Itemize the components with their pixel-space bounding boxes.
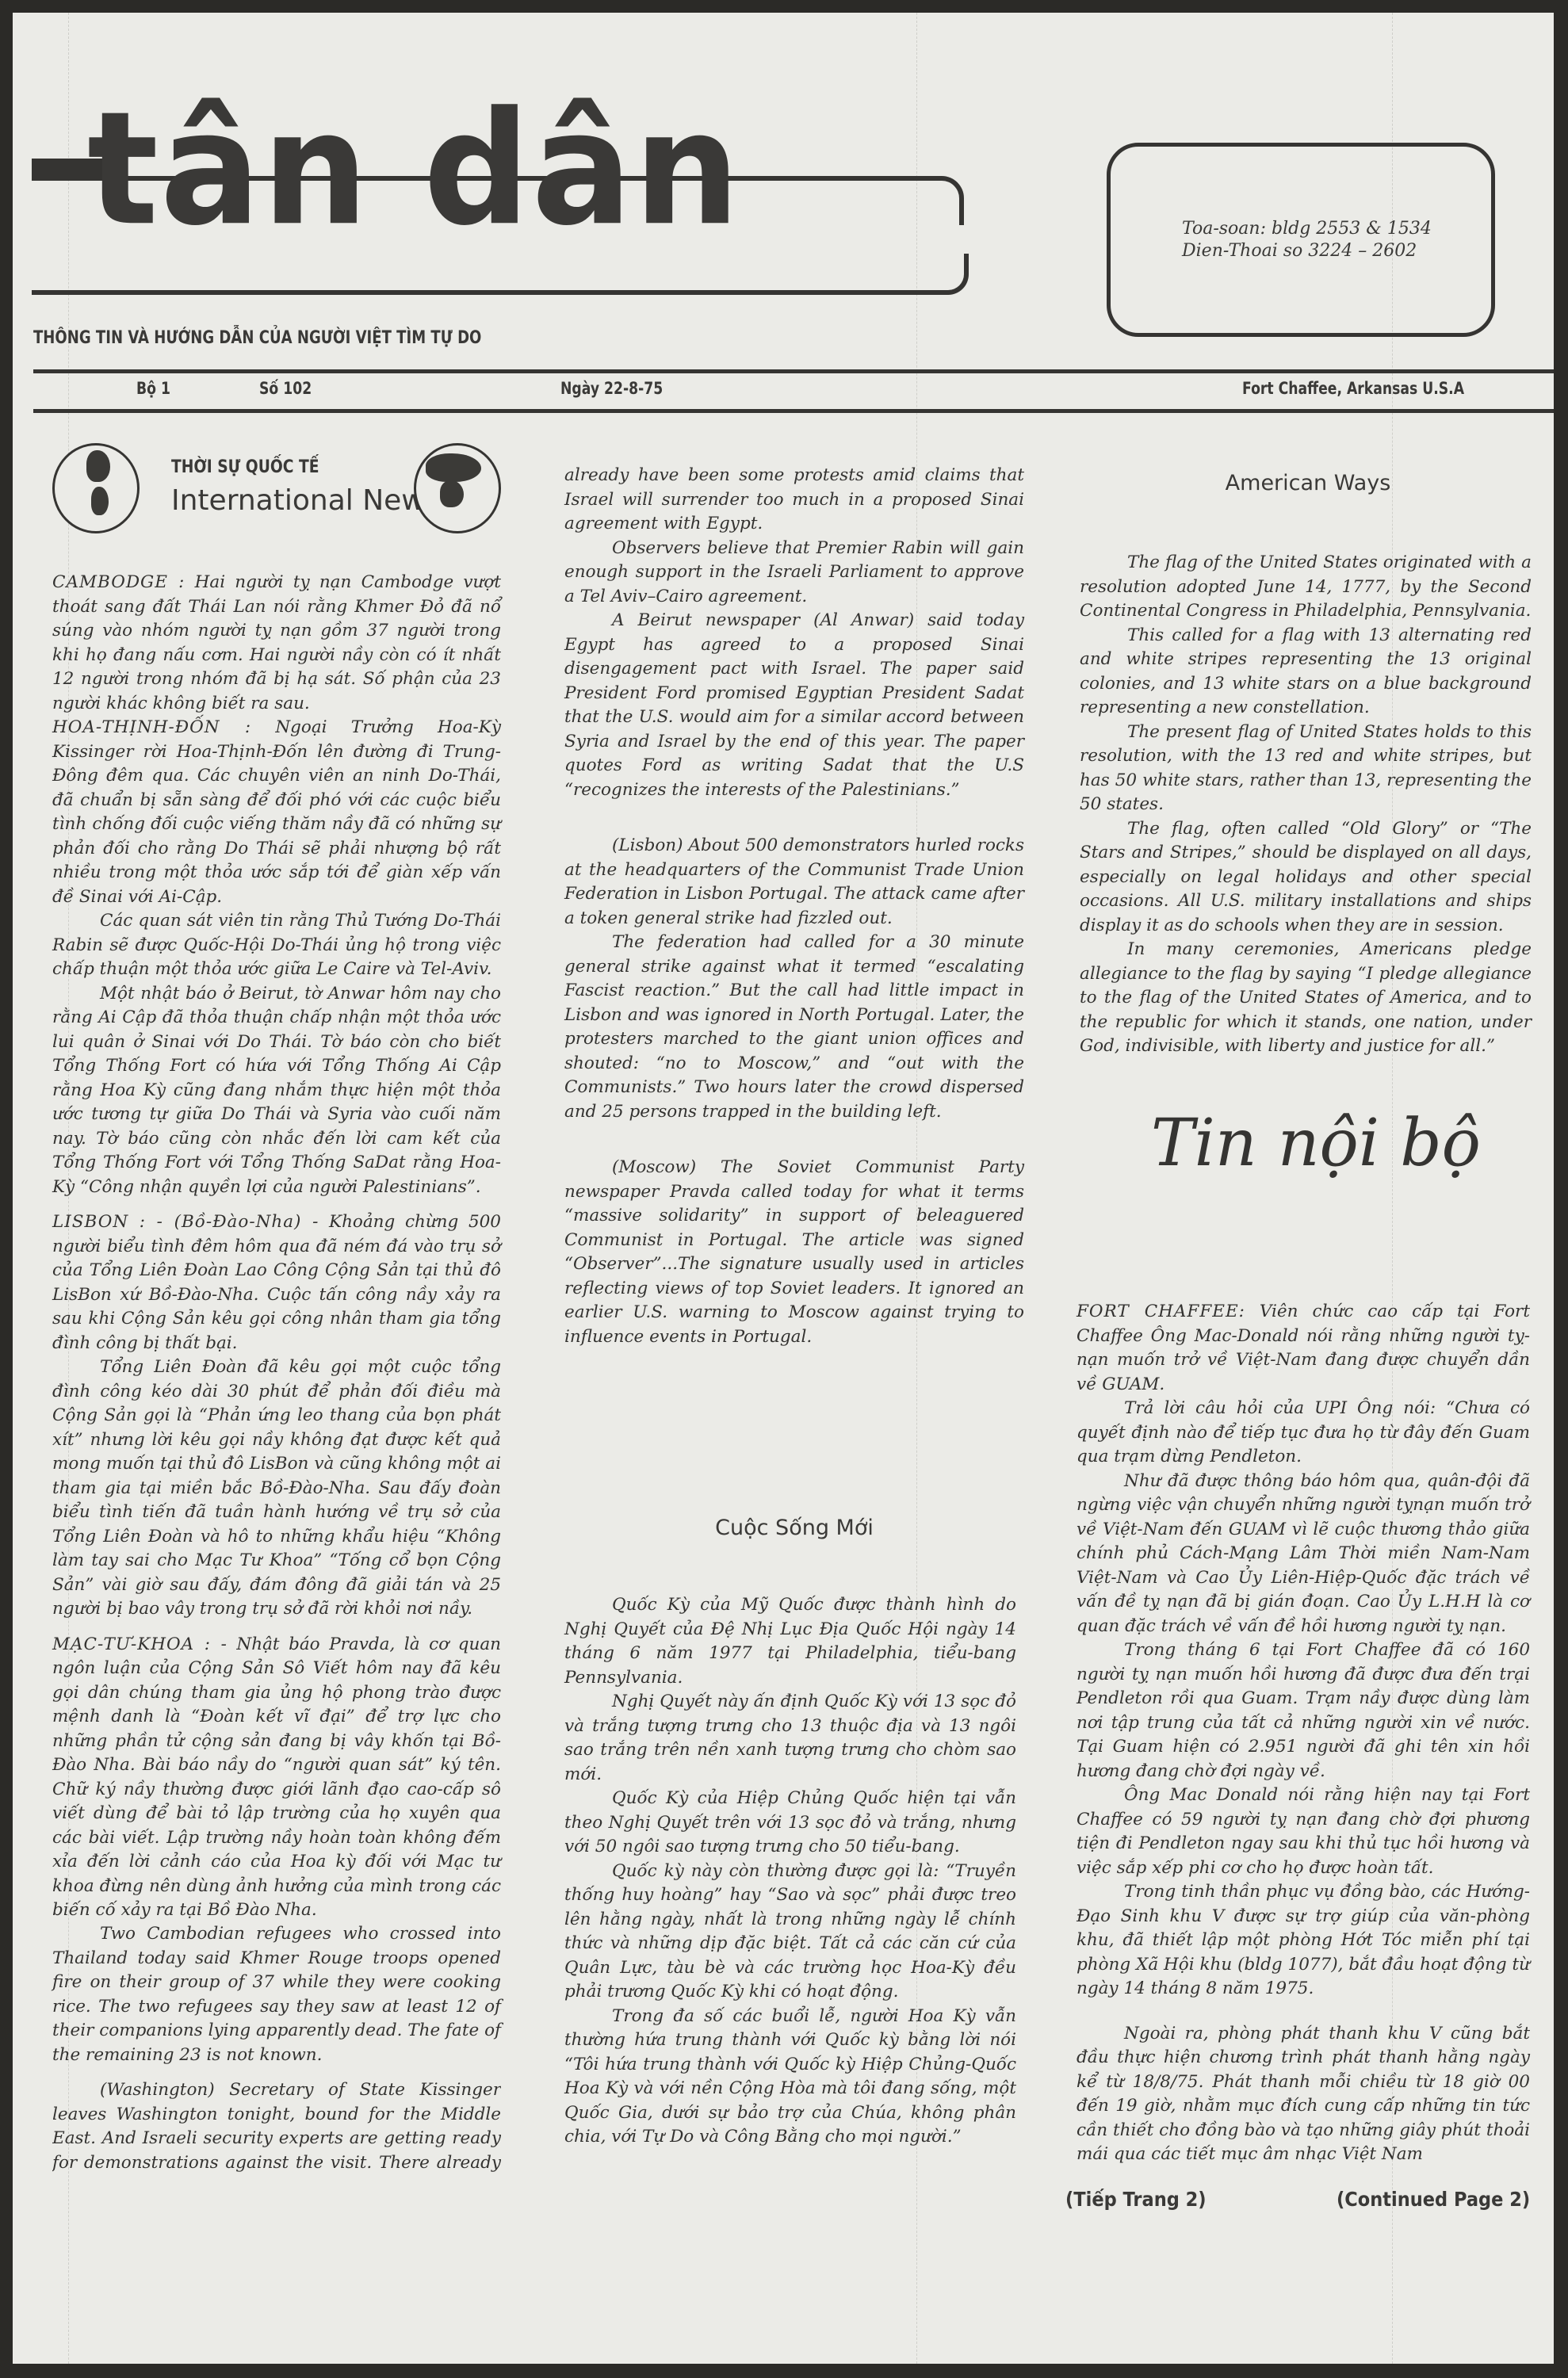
news-item-lisbon-vi: LISBON : - (Bồ-Đào-Nha) - Khoảng chừng 5… [52,1210,501,1355]
flag-resolution-en: This called for a flag with 13 alternati… [1080,624,1532,721]
issue-number: Số 102 [259,379,312,398]
news-item-lisbon-en: (Lisbon) About 500 demonstrators hurled … [564,834,1024,931]
internal-news-radio: Ngoài ra, phòng phát thanh khu V cũng bắ… [1077,2022,1530,2167]
news-item-lisbon-strike-vi: Tổng Liên Đoàn đã kêu gọi một cuộc tổng … [52,1355,501,1622]
international-news-header: THỜI SỰ QUỐC TẾ International News [52,440,504,535]
cuoc-song-moi-column: Quốc Kỳ của Mỹ Quốc được thành hình do N… [564,1593,1016,2150]
news-item-lisbon-strike-en: The federation had called for a 30 minut… [564,931,1024,1124]
news-item-washington-vi: HOA-THỊNH-ĐỐN : Ngoại Trưởng Hoa-Kỳ Kiss… [52,716,501,909]
international-news-en-column-start: Two Cambodian refugees who crossed into … [52,1922,501,2175]
continued-page-2-en-link[interactable]: (Continued Page 2) [1337,2188,1530,2211]
internal-news-upi: Trả lời câu hỏi của UPI Ông nói: “Chưa c… [1077,1397,1530,1470]
flag-display-en: The flag, often called “Old Glory” or “T… [1080,817,1532,939]
divider-rule [33,369,1554,373]
news-item-beirut-vi: Một nhật báo ở Beirut, tờ Anwar hôm nay … [52,982,501,1200]
issue-info-bar: Bộ 1 Số 102 Ngày 22-8-75 Fort Chaffee, A… [33,379,1516,407]
internal-news-mac-donald: Ông Mac Donald nói rằng hiện nay tại For… [1077,1783,1530,1880]
flag-pledge-vi: Trong đa số các buổi lễ, người Hoa Kỳ vẫ… [564,2005,1016,2150]
news-item-cambodge: CAMBODGE : Hai người tỵ nạn Cambodge vượ… [52,571,501,716]
globe-europe-africa-icon [414,443,501,533]
office-address: Toa-soan: bldg 2553 & 1534 [1182,218,1491,240]
international-news-vi-column: CAMBODGE : Hai người tỵ nạn Cambodge vượ… [52,571,501,1923]
volume-number: Bộ 1 [136,379,170,398]
continued-page-2-vi-link[interactable]: (Tiếp Trang 2) [1065,2188,1207,2211]
flag-present-vi: Quốc Kỳ của Hiệp Chủng Quốc hiện tại vẫn… [564,1787,1016,1860]
flag-resolution-vi: Nghị Quyết này ấn định Quốc Kỳ với 13 sọ… [564,1690,1016,1787]
international-news-title-vi: THỜI SỰ QUỐC TẾ [171,457,319,477]
international-news-en-column: already have been some protests amid cla… [564,464,1024,1349]
news-item-beirut-en: A Beirut newspaper (Al Anwar) said today… [564,609,1024,802]
office-phone: Dien-Thoai so 3224 – 2602 [1182,240,1491,262]
globe-americas-icon [52,443,140,533]
american-ways-column: The flag of the United States originated… [1080,551,1532,1059]
tin-noi-bo-column: FORT CHAFFEE: Viên chức cao cấp tại Fort… [1077,1300,1530,2167]
internal-news-june-repatriation: Trong tháng 6 tại Fort Chaffee đã có 160… [1077,1638,1530,1783]
newspaper-title: tân dân [87,91,741,247]
flag-display-vi: Quốc kỳ này còn thường được gọi là: “Tru… [564,1860,1016,2005]
news-item-rabin-en: Observers believe that Premier Rabin wil… [564,537,1024,610]
internal-news-guam-transport: Như đã được thông báo hôm qua, quân-đội … [1077,1470,1530,1639]
american-ways-heading: American Ways [1078,471,1538,495]
flag-pledge-en: In many ceremonies, Americans pledge all… [1080,938,1532,1059]
internal-news-barber: Trong tinh thần phục vụ đồng bào, các Hư… [1077,1880,1530,2001]
tin-noi-bo-heading: Tin nội bộ [1110,1106,1522,1181]
cuoc-song-moi-heading: Cuộc Sống Mới [564,1516,1024,1540]
issue-date: Ngày 22-8-75 [560,379,663,398]
publication-location: Fort Chaffee, Arkansas U.S.A [1242,379,1464,398]
tagline: THÔNG TIN VÀ HƯỚNG DẪN CỦA NGƯỜI VIỆT TÌ… [33,328,481,348]
news-item-washington-en: (Washington) Secretary of State Kissinge… [52,2078,501,2175]
flag-present-en: The present flag of United States holds … [1080,721,1532,817]
news-item-washington-en-continued: already have been some protests amid cla… [564,464,1024,537]
international-news-title-en: International News [171,484,439,517]
news-item-moscow-en: (Moscow) The Soviet Communist Party news… [564,1156,1024,1349]
contact-box: Toa-soan: bldg 2553 & 1534 Dien-Thoai so… [1107,143,1495,337]
news-item-moscow-vi: MẠC-TƯ-KHOA : - Nhật báo Pravda, là cơ q… [52,1633,501,1923]
divider-rule [33,409,1554,413]
news-item-rabin-vi: Các quan sát viên tin rằng Thủ Tướng Do-… [52,909,501,982]
flag-origin-vi: Quốc Kỳ của Mỹ Quốc được thành hình do N… [564,1593,1016,1690]
internal-news-fort-chaffee: FORT CHAFFEE: Viên chức cao cấp tại Fort… [1077,1300,1530,1397]
news-item-cambodia-en: Two Cambodian refugees who crossed into … [52,1922,501,2067]
flag-origin-en: The flag of the United States originated… [1080,551,1532,624]
